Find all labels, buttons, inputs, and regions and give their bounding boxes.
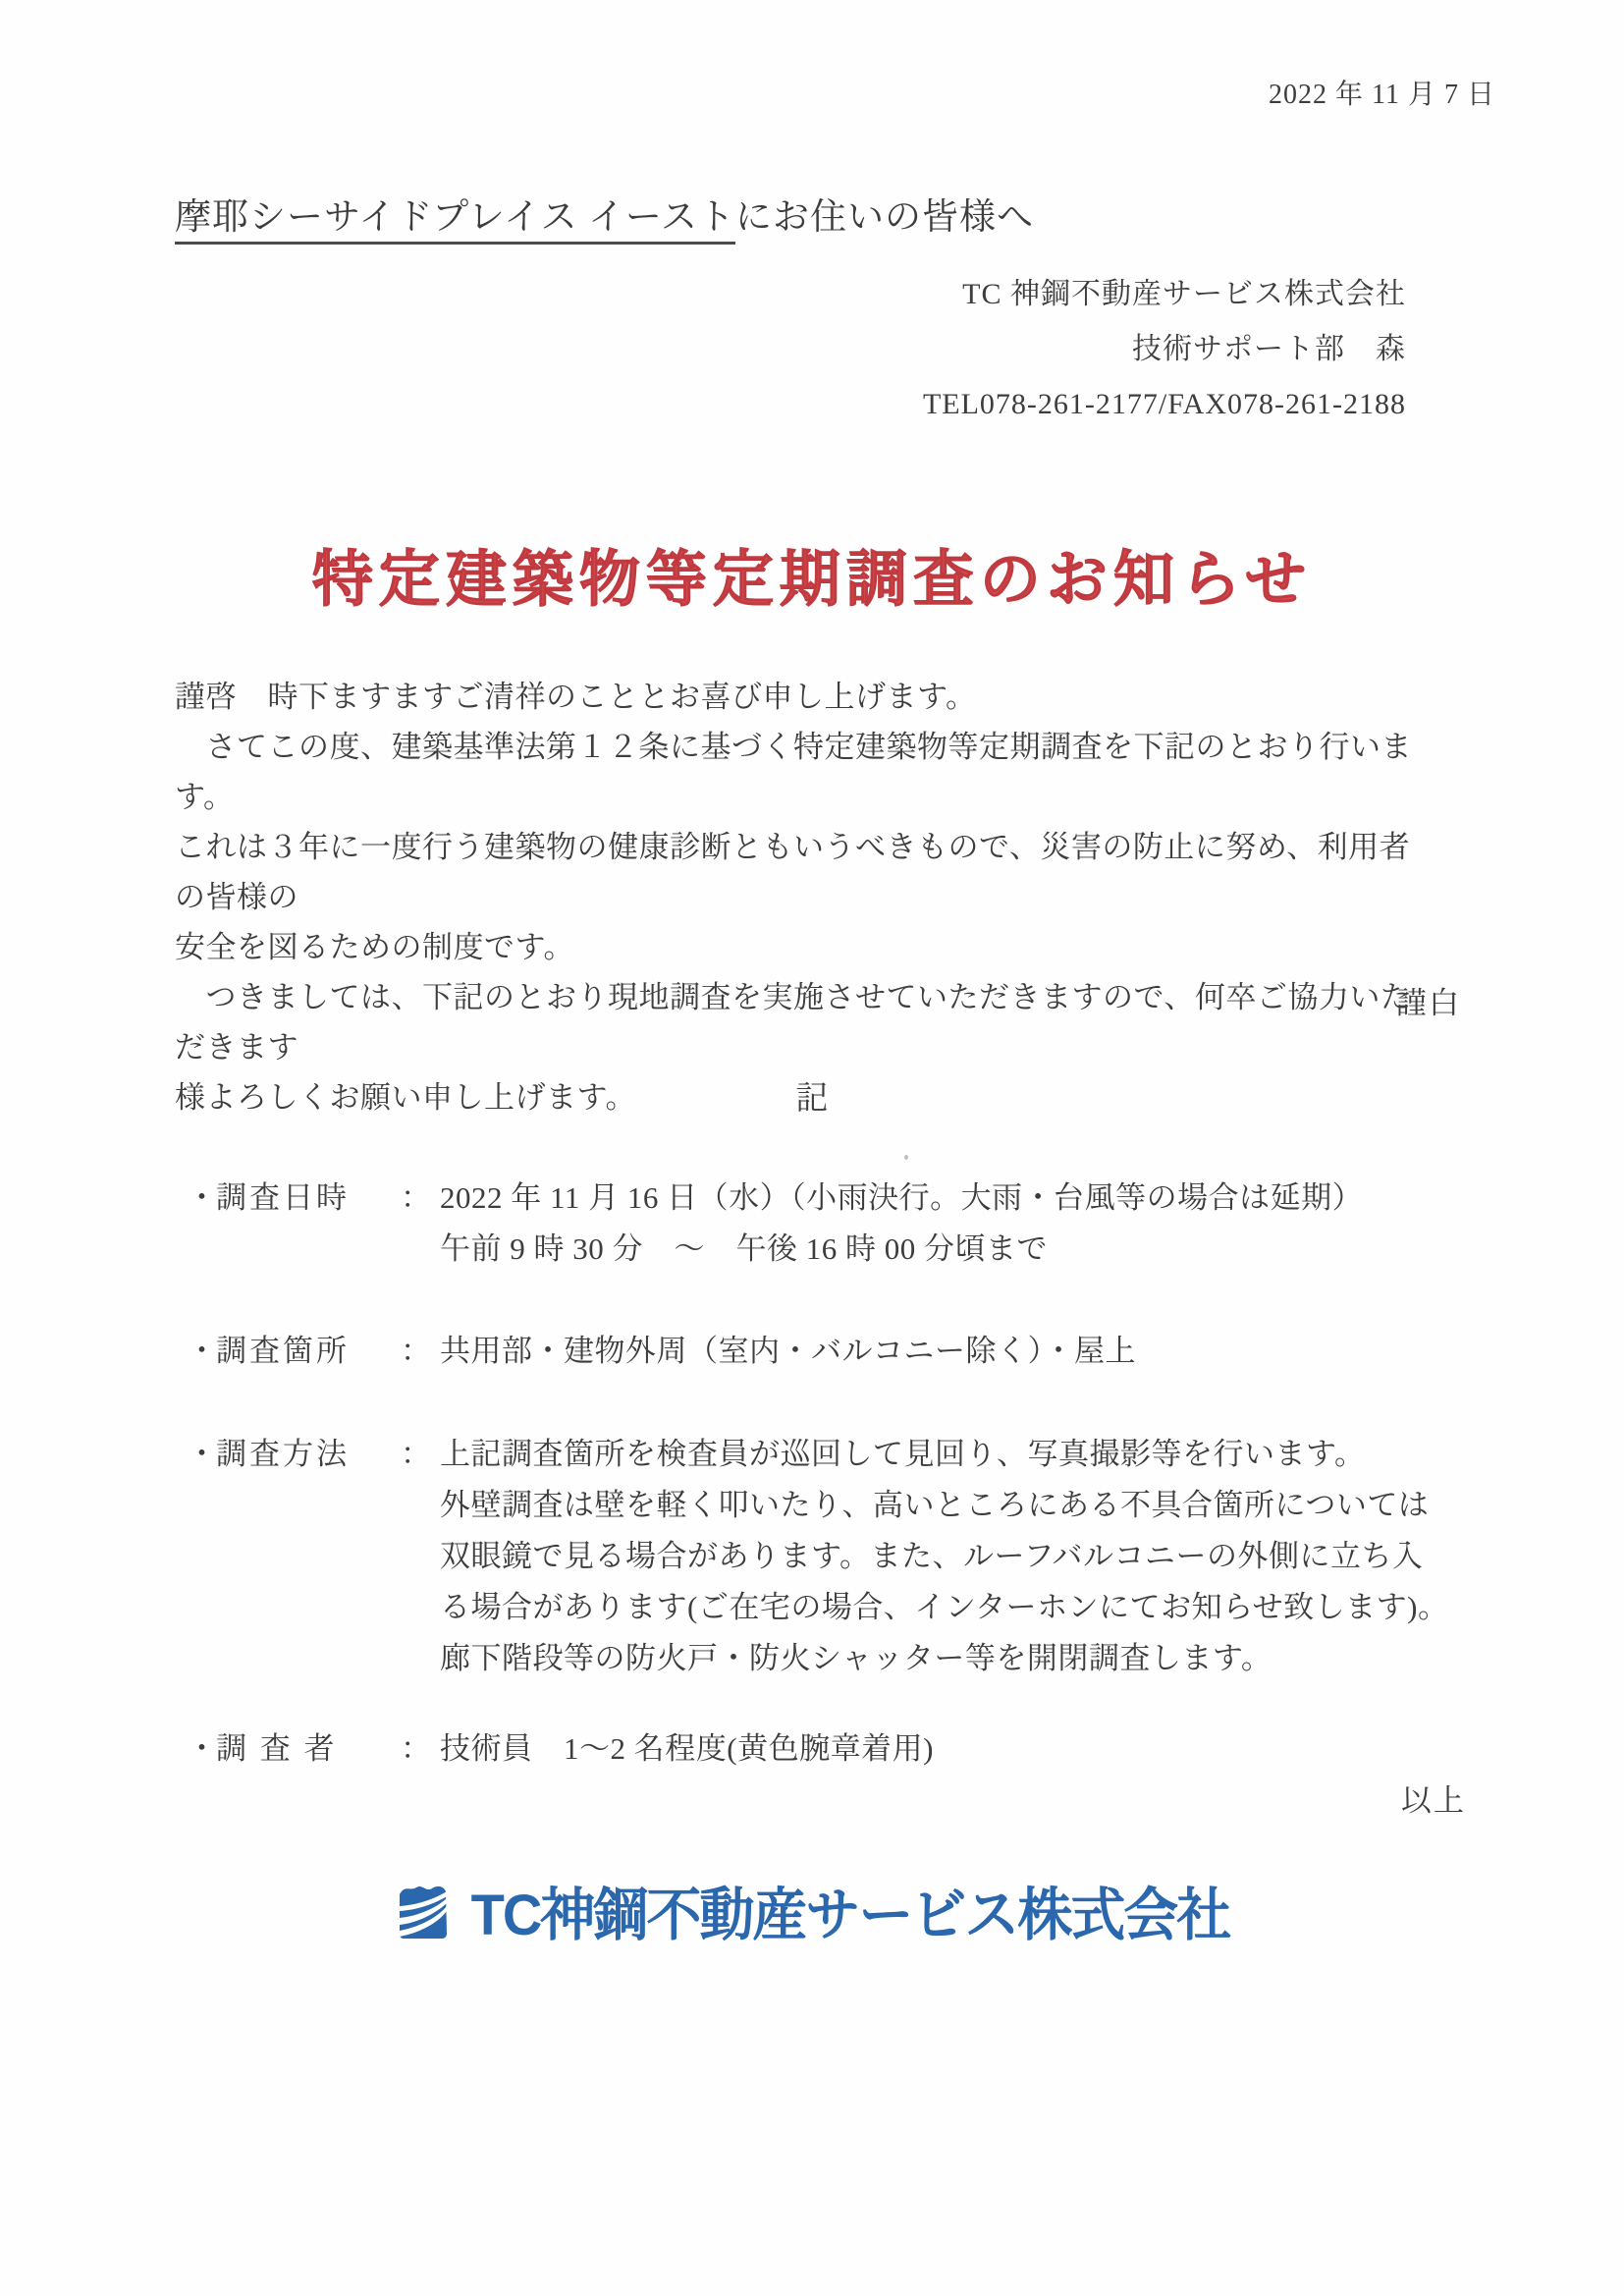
item-line: 共用部・建物外周（室内・バルコニー除く）・屋上: [440, 1326, 1481, 1377]
item-content: 2022 年 11 月 16 日（水）（小雨決行。大雨・台風等の場合は延期） 午…: [440, 1173, 1481, 1275]
logo-text: TC神鋼不動産サービス株式会社: [471, 1870, 1230, 1951]
item-line: る場合があります(ご在宅の場合、インターホンにてお知らせ致します)。: [440, 1582, 1481, 1633]
sender-department: 技術サポート部 森: [923, 322, 1406, 377]
closing-word: 謹白: [1396, 978, 1461, 1022]
sender-company: TC 神鋼不動産サービス株式会社: [923, 267, 1406, 322]
item-bullet: ・: [187, 1326, 217, 1370]
body-line: 安全を図るための制度です。: [175, 922, 1422, 972]
record-marker: 記: [0, 1072, 1624, 1119]
item-bullet: ・: [187, 1723, 217, 1768]
item-line: 双眼鏡で見る場合があります。また、ルーフバルコニーの外側に立ち入: [440, 1531, 1481, 1582]
tc-logo-mark-icon: [395, 1882, 460, 1941]
document-date: 2022 年 11 月 7 日: [1269, 73, 1495, 112]
item-bullet: ・: [187, 1173, 217, 1217]
item-content: 共用部・建物外周（室内・バルコニー除く）・屋上: [440, 1326, 1481, 1377]
item-colon: ：: [401, 1429, 431, 1473]
building-name: 摩耶シーサイドプレイス イースト: [175, 197, 735, 245]
body-line: つきましては、下記のとおり現地調査を実施させていただきますので、何卒ご協力いただ…: [175, 972, 1422, 1072]
item-line: 2022 年 11 月 16 日（水）（小雨決行。大雨・台風等の場合は延期）: [440, 1173, 1481, 1224]
item-bullet: ・: [187, 1429, 217, 1473]
letter-body: 謹啓 時下ますますご清祥のこととお喜び申し上げます。 さてこの度、建築基準法第１…: [175, 672, 1422, 1122]
item-line: 上記調査箇所を検査員が巡回して見回り、写真撮影等を行います。: [440, 1429, 1481, 1480]
scan-artifact-dot: [904, 1155, 908, 1160]
item-label: 調 査 者: [216, 1723, 338, 1768]
body-line: さてこの度、建築基準法第１２条に基づく特定建築物等定期調査を下記のとおり行います…: [175, 722, 1422, 822]
item-colon: ：: [401, 1326, 431, 1370]
item-label: 調査方法: [216, 1429, 350, 1473]
item-content: 上記調査箇所を検査員が巡回して見回り、写真撮影等を行います。 外壁調査は壁を軽く…: [440, 1429, 1481, 1684]
item-colon: ：: [401, 1173, 431, 1217]
document-page: 2022 年 11 月 7 日 摩耶シーサイドプレイス イーストにお住いの皆様へ…: [0, 0, 1624, 2296]
company-logo: TC神鋼不動産サービス株式会社: [0, 1872, 1624, 1950]
item-colon: ：: [401, 1723, 431, 1768]
item-line: 外壁調査は壁を軽く叩いたり、高いところにある不具合箇所については: [440, 1480, 1481, 1531]
sender-block: TC 神鋼不動産サービス株式会社 技術サポート部 森 TEL078-261-21…: [923, 267, 1406, 432]
end-marker: 以上: [1401, 1776, 1466, 1820]
item-content: 技術員 1～2 名程度(黄色腕章着用): [440, 1723, 1481, 1775]
item-line: 技術員 1～2 名程度(黄色腕章着用): [440, 1723, 1481, 1775]
item-label: 調査日時: [216, 1173, 350, 1217]
notice-title: 特定建築物等定期調査のお知らせ: [0, 530, 1624, 618]
item-line: 廊下階段等の防火戸・防火シャッター等を開閉調査します。: [440, 1633, 1481, 1684]
body-line: 謹啓 時下ますますご清祥のこととお喜び申し上げます。: [175, 672, 1422, 722]
sender-contact: TEL078-261-2177/FAX078-261-2188: [923, 377, 1406, 432]
body-line: これは３年に一度行う建築物の健康診断ともいうべきもので、災害の防止に努め、利用者…: [175, 822, 1422, 922]
addressee-line: 摩耶シーサイドプレイス イーストにお住いの皆様へ: [175, 187, 1034, 240]
item-label: 調査箇所: [216, 1326, 350, 1370]
item-line: 午前 9 時 30 分 ～ 午後 16 時 00 分頃まで: [440, 1224, 1481, 1275]
addressee-suffix: にお住いの皆様へ: [735, 197, 1034, 238]
